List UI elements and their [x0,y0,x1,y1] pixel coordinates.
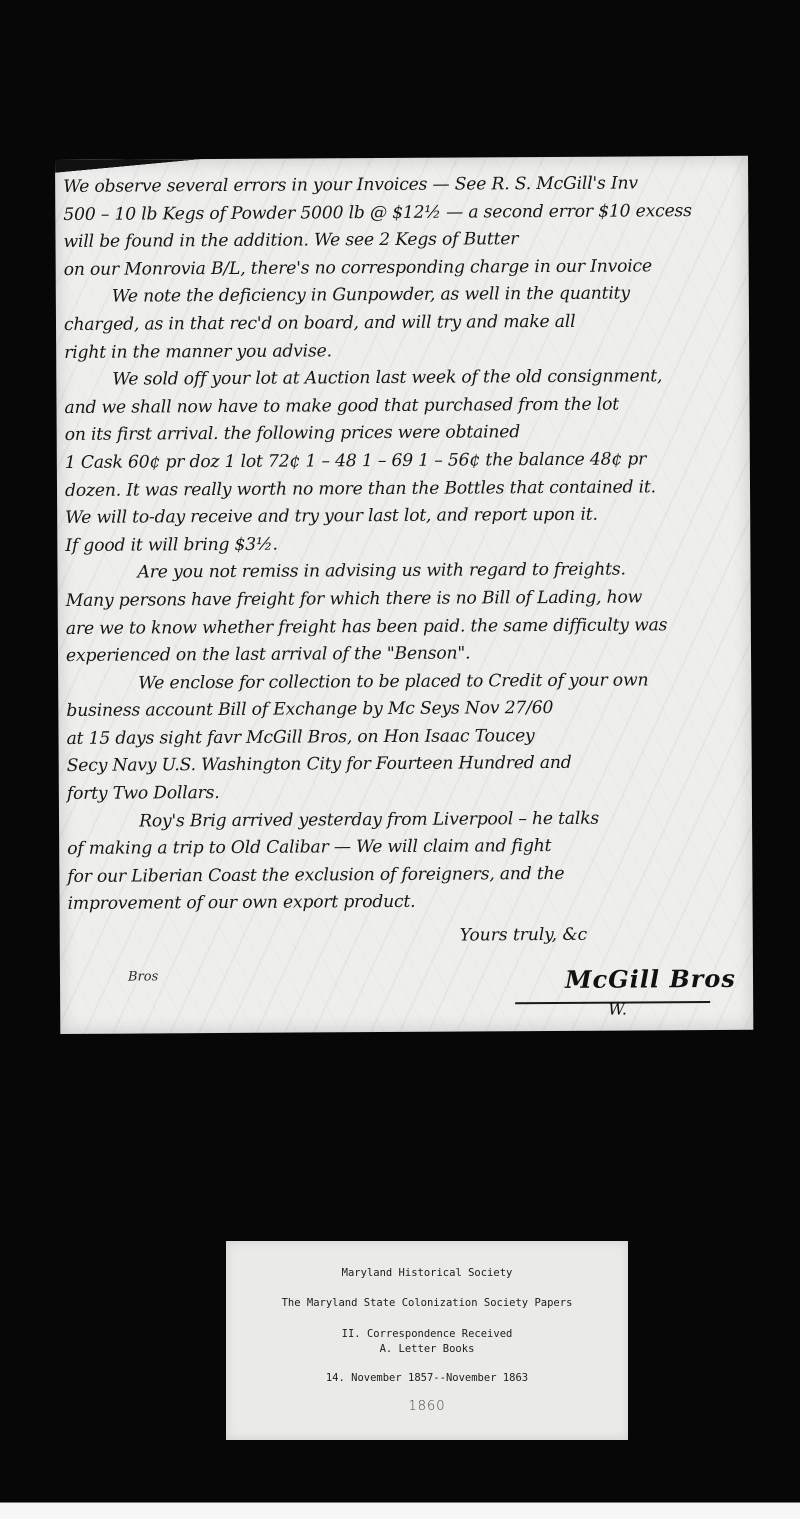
letter-line: 1 Cask 60¢ pr doz 1 lot 72¢ 1 – 48 1 – 6… [65,446,745,478]
letter-line: and we shall now have to make good that … [64,391,744,423]
letter-closing: Yours truly, &c [460,925,587,946]
film-edge-strip [0,1502,800,1519]
letter-line: 500 – 10 lb Kegs of Powder 5000 lb @ $12… [63,197,743,229]
signature-mark: W. [608,1000,627,1019]
letter-line: experienced on the last arrival of the "… [66,639,746,671]
label-institution: Maryland Historical Society [226,1267,628,1279]
letter-line: are we to know whether freight has been … [66,611,746,643]
letter-line: We enclose for collection to be placed t… [66,666,746,698]
letter-line: business account Bill of Exchange by Mc … [66,694,746,726]
letter-line: charged, as in that rec'd on board, and … [64,308,744,340]
archive-label-card: Maryland Historical Society The Maryland… [226,1241,628,1440]
letter-line: We observe several errors in your Invoic… [63,170,743,202]
letter-line: forty Two Dollars. [67,777,747,809]
letter-line: on its first arrival. the following pric… [65,418,745,450]
letter-line: dozen. It was really worth no more than … [65,473,745,505]
margin-note: Bros [128,969,158,984]
letter-line: Secy Navy U.S. Washington City for Fourt… [67,749,747,781]
letter-page: We observe several errors in your Invoic… [55,156,753,1034]
letter-line: at 15 days sight favr McGill Bros, on Ho… [66,722,746,754]
label-volume: 14. November 1857--November 1863 [226,1372,628,1384]
letter-line: will be found in the addition. We see 2 … [63,225,743,257]
letter-signature: McGill Bros [565,964,736,994]
label-year: 1860 [226,1399,628,1414]
letter-line: right in the manner you advise. [64,335,744,367]
letter-line: on our Monrovia B/L, there's no correspo… [64,253,744,285]
letter-line: of making a trip to Old Calibar — We wil… [67,832,747,864]
label-collection: The Maryland State Colonization Society … [226,1297,628,1309]
label-subseries: A. Letter Books [226,1343,628,1355]
letter-line: We sold off your lot at Auction last wee… [64,363,744,395]
letter-line: for our Liberian Coast the exclusion of … [67,860,747,892]
letter-line: improvement of our own export product. [67,887,747,919]
letter-body: We observe several errors in your Invoic… [63,170,748,919]
label-series: II. Correspondence Received [226,1328,628,1340]
letter-line: Roy's Brig arrived yesterday from Liverp… [67,804,747,836]
letter-line: We note the deficiency in Gunpowder, as … [64,280,744,312]
letter-line: We will to-day receive and try your last… [65,501,745,533]
letter-line: Are you not remiss in advising us with r… [65,556,745,588]
letter-line: If good it will bring $3½. [65,529,745,561]
page-curl [55,159,215,174]
letter-line: Many persons have freight for which ther… [66,584,746,616]
